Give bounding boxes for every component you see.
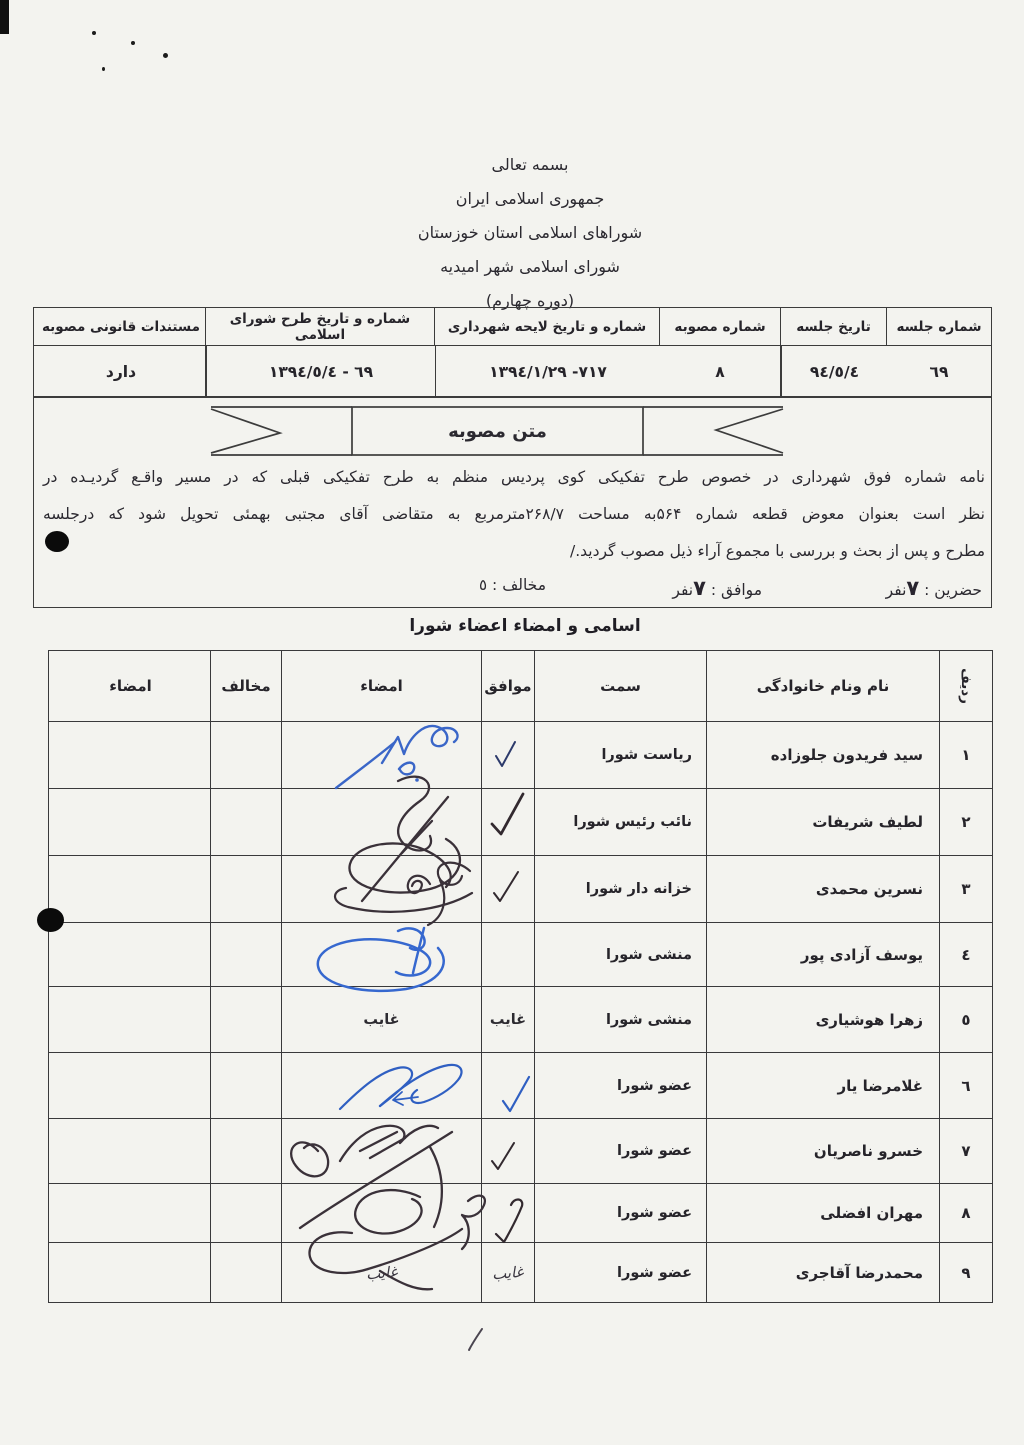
oppose-label: مخالف : bbox=[492, 576, 546, 594]
hole-punch-top bbox=[45, 531, 69, 552]
col-oppose: مخالف bbox=[211, 651, 282, 721]
signature-cell bbox=[282, 1119, 482, 1183]
row-number: ٤ bbox=[940, 923, 992, 986]
member-role: منشی شورا bbox=[535, 987, 707, 1052]
member-row-2: ٢ لطیف شریفات نائب رئیس شورا bbox=[49, 788, 992, 855]
letterhead-line-province-councils: شوراهای اسلامی استان خوزستان bbox=[0, 216, 1024, 250]
members-table-title: اسامی و امضاء اعضاء شورا bbox=[0, 616, 1024, 636]
member-row-5: ٥ زهرا هوشیاری منشی شورا غایب غایب bbox=[49, 986, 992, 1052]
present-label: حضرین : bbox=[924, 581, 982, 599]
resolution-text-line-1: نامه شماره فوق شهرداری در خصوص طرح تفکیک… bbox=[43, 468, 985, 486]
signature-cell-absent-handwritten: غایب bbox=[365, 1262, 398, 1283]
plan-number-date-value: ١٣٩٤/٥/٤ - ٦٩ bbox=[206, 346, 435, 397]
col-session-date: تاریخ جلسه bbox=[781, 308, 887, 345]
session-info-values-row: ٦٩ ٩٤/٥/٤ ٨ ١٣٩٤/١/٢٩ -٧١٧ ١٣٩٤/٥/٤ - ٦٩… bbox=[34, 345, 991, 397]
session-info-table: شماره جلسه تاریخ جلسه شماره مصوبه شماره … bbox=[33, 307, 992, 398]
present-suffix: نفر bbox=[886, 581, 907, 599]
oppose-cell bbox=[211, 1243, 282, 1302]
member-name: محمدرضا آقاجری bbox=[707, 1243, 940, 1302]
member-name: خسرو ناصریان bbox=[707, 1119, 940, 1183]
member-role: نائب رئیس شورا bbox=[535, 789, 707, 855]
member-row-7: ٧ خسرو ناصریان عضو شورا bbox=[49, 1118, 992, 1183]
session-info-header-row: شماره جلسه تاریخ جلسه شماره مصوبه شماره … bbox=[34, 308, 991, 345]
member-row-8: ٨ مهران افضلی عضو شورا bbox=[49, 1183, 992, 1242]
signature-cell-absent: غایب bbox=[282, 987, 482, 1052]
legal-basis-value: دارد bbox=[37, 346, 206, 397]
col-radif: ردیف bbox=[940, 651, 992, 721]
agree-cell-absent-handwritten: غایب bbox=[492, 1262, 525, 1283]
member-role: منشی شورا bbox=[535, 923, 707, 986]
signature-cell-2 bbox=[51, 1119, 211, 1183]
session-date-value: ٩٤/٥/٤ bbox=[781, 346, 887, 397]
signature-cell-2 bbox=[51, 1053, 211, 1118]
col-signature-2: امضاء bbox=[51, 651, 211, 721]
hole-punch-bottom bbox=[37, 908, 64, 932]
row-number: ٧ bbox=[940, 1119, 992, 1183]
members-header-row: ردیف نام ونام خانوادگی سمت موافق امضاء م… bbox=[49, 651, 992, 721]
member-name: مهران افضلی bbox=[707, 1184, 940, 1242]
present-count-handwritten: ٧ bbox=[906, 576, 919, 600]
scan-speck bbox=[163, 53, 168, 58]
resolution-banner-title: متن مصوبه bbox=[352, 407, 643, 455]
agree-cell-absent: غایب bbox=[482, 987, 535, 1052]
signature-cell-2 bbox=[51, 789, 211, 855]
agree-suffix: نفر bbox=[672, 581, 693, 599]
oppose-cell bbox=[211, 1119, 282, 1183]
member-name: سید فریدون جلوزاده bbox=[707, 722, 940, 788]
signature-cell bbox=[282, 1184, 482, 1242]
scan-speck bbox=[102, 67, 105, 71]
member-name: لطیف شریفات bbox=[707, 789, 940, 855]
radif-rotated-label: ردیف bbox=[958, 668, 974, 704]
member-role: ریاست شورا bbox=[535, 722, 707, 788]
bill-number-date-value: ١٣٩٤/١/٢٩ -٧١٧ bbox=[435, 346, 660, 397]
oppose-cell bbox=[211, 856, 282, 922]
attendance-agree: موافق : ٧نفر bbox=[672, 576, 762, 600]
stray-pen-mark bbox=[469, 1329, 482, 1350]
member-row-6: ٦ غلامرضا یار عضو شورا bbox=[49, 1052, 992, 1118]
member-role: عضو شورا bbox=[535, 1119, 707, 1183]
member-role: عضو شورا bbox=[535, 1184, 707, 1242]
member-name: غلامرضا یار bbox=[707, 1053, 940, 1118]
scan-artifact-corner-bar bbox=[0, 0, 9, 34]
row-number: ٨ bbox=[940, 1184, 992, 1242]
attendance-present: حضرین : ٧نفر bbox=[886, 576, 982, 600]
row-number: ٩ bbox=[940, 1243, 992, 1302]
member-name: نسرین محمدی bbox=[707, 856, 940, 922]
agree-cell bbox=[482, 923, 535, 986]
signature-cell bbox=[282, 722, 482, 788]
member-row-3: ٣ نسرین محمدی خزانه دار شورا bbox=[49, 855, 992, 922]
session-number-value: ٦٩ bbox=[887, 346, 991, 397]
agree-count-handwritten: ٧ bbox=[693, 576, 706, 600]
row-number: ٢ bbox=[940, 789, 992, 855]
row-number: ٣ bbox=[940, 856, 992, 922]
member-row-1: ١ سید فریدون جلوزاده ریاست شورا bbox=[49, 721, 992, 788]
letterhead-line-basmala: بسمه تعالی bbox=[0, 148, 1024, 182]
col-resolution-number: شماره مصوبه bbox=[660, 308, 781, 345]
agree-cell bbox=[482, 856, 535, 922]
signature-cell bbox=[282, 856, 482, 922]
row-number: ٦ bbox=[940, 1053, 992, 1118]
signature-cell bbox=[282, 923, 482, 986]
letterhead-line-republic: جمهوری اسلامی ایران bbox=[0, 182, 1024, 216]
oppose-cell bbox=[211, 1184, 282, 1242]
signature-cell bbox=[282, 1053, 482, 1118]
agree-label: موافق : bbox=[711, 581, 762, 599]
row-number: ٥ bbox=[940, 987, 992, 1052]
member-role: عضو شورا bbox=[535, 1243, 707, 1302]
resolution-text-line-3: مطرح و پس از بحث و بررسی با مجموع آراء ذ… bbox=[43, 542, 985, 560]
agree-cell bbox=[482, 1119, 535, 1183]
row-number: ١ bbox=[940, 722, 992, 788]
member-name: زهرا هوشیاری bbox=[707, 987, 940, 1052]
col-agree: موافق bbox=[482, 651, 535, 721]
signature-cell-2 bbox=[51, 1243, 211, 1302]
col-signature: امضاء bbox=[282, 651, 482, 721]
oppose-cell bbox=[211, 987, 282, 1052]
col-session-number: شماره جلسه bbox=[887, 308, 991, 345]
oppose-cell bbox=[211, 722, 282, 788]
member-name: یوسف آزادی پور bbox=[707, 923, 940, 986]
col-legal-basis: مستندات قانونی مصوبه bbox=[37, 308, 206, 345]
member-row-9: ٩ محمدرضا آقاجری عضو شورا غایب غایب bbox=[49, 1242, 992, 1302]
signature-cell-2 bbox=[51, 1184, 211, 1242]
scanned-council-resolution-page: بسمه تعالی جمهوری اسلامی ایران شوراهای ا… bbox=[0, 0, 1024, 1445]
letterhead-line-city-council: شورای اسلامی شهر امیدیه bbox=[0, 250, 1024, 284]
agree-cell bbox=[482, 722, 535, 788]
resolution-text-line-2: نظر است بعنوان معوض قطعه شماره ۵۶۴به مسا… bbox=[43, 505, 985, 523]
scan-speck bbox=[92, 31, 96, 35]
col-fullname: نام ونام خانوادگی bbox=[707, 651, 940, 721]
oppose-cell bbox=[211, 1053, 282, 1118]
col-plan-number-date: شماره و تاریخ طرح شورای اسلامی bbox=[206, 308, 435, 345]
agree-cell bbox=[482, 1053, 535, 1118]
agree-cell bbox=[482, 1184, 535, 1242]
member-role: عضو شورا bbox=[535, 1053, 707, 1118]
signature-cell-2 bbox=[51, 722, 211, 788]
scan-speck bbox=[131, 41, 135, 45]
members-signature-table: ردیف نام ونام خانوادگی سمت موافق امضاء م… bbox=[48, 650, 993, 1303]
signature-cell-2 bbox=[51, 987, 211, 1052]
attendance-oppose: مخالف : ٥ bbox=[479, 576, 546, 594]
signature-cell bbox=[282, 789, 482, 855]
col-bill-number-date: شماره و تاریخ لایحه شهرداری bbox=[435, 308, 660, 345]
letterhead: بسمه تعالی جمهوری اسلامی ایران شوراهای ا… bbox=[0, 148, 1024, 318]
oppose-cell bbox=[211, 789, 282, 855]
col-position: سمت bbox=[535, 651, 707, 721]
signature-cell-2 bbox=[51, 923, 211, 986]
resolution-number-value: ٨ bbox=[660, 346, 781, 397]
oppose-count: ٥ bbox=[479, 576, 487, 594]
member-role: خزانه دار شورا bbox=[535, 856, 707, 922]
oppose-cell bbox=[211, 923, 282, 986]
signature-cell-2 bbox=[51, 856, 211, 922]
agree-cell bbox=[482, 789, 535, 855]
member-row-4: ٤ یوسف آزادی پور منشی شورا bbox=[49, 922, 992, 986]
